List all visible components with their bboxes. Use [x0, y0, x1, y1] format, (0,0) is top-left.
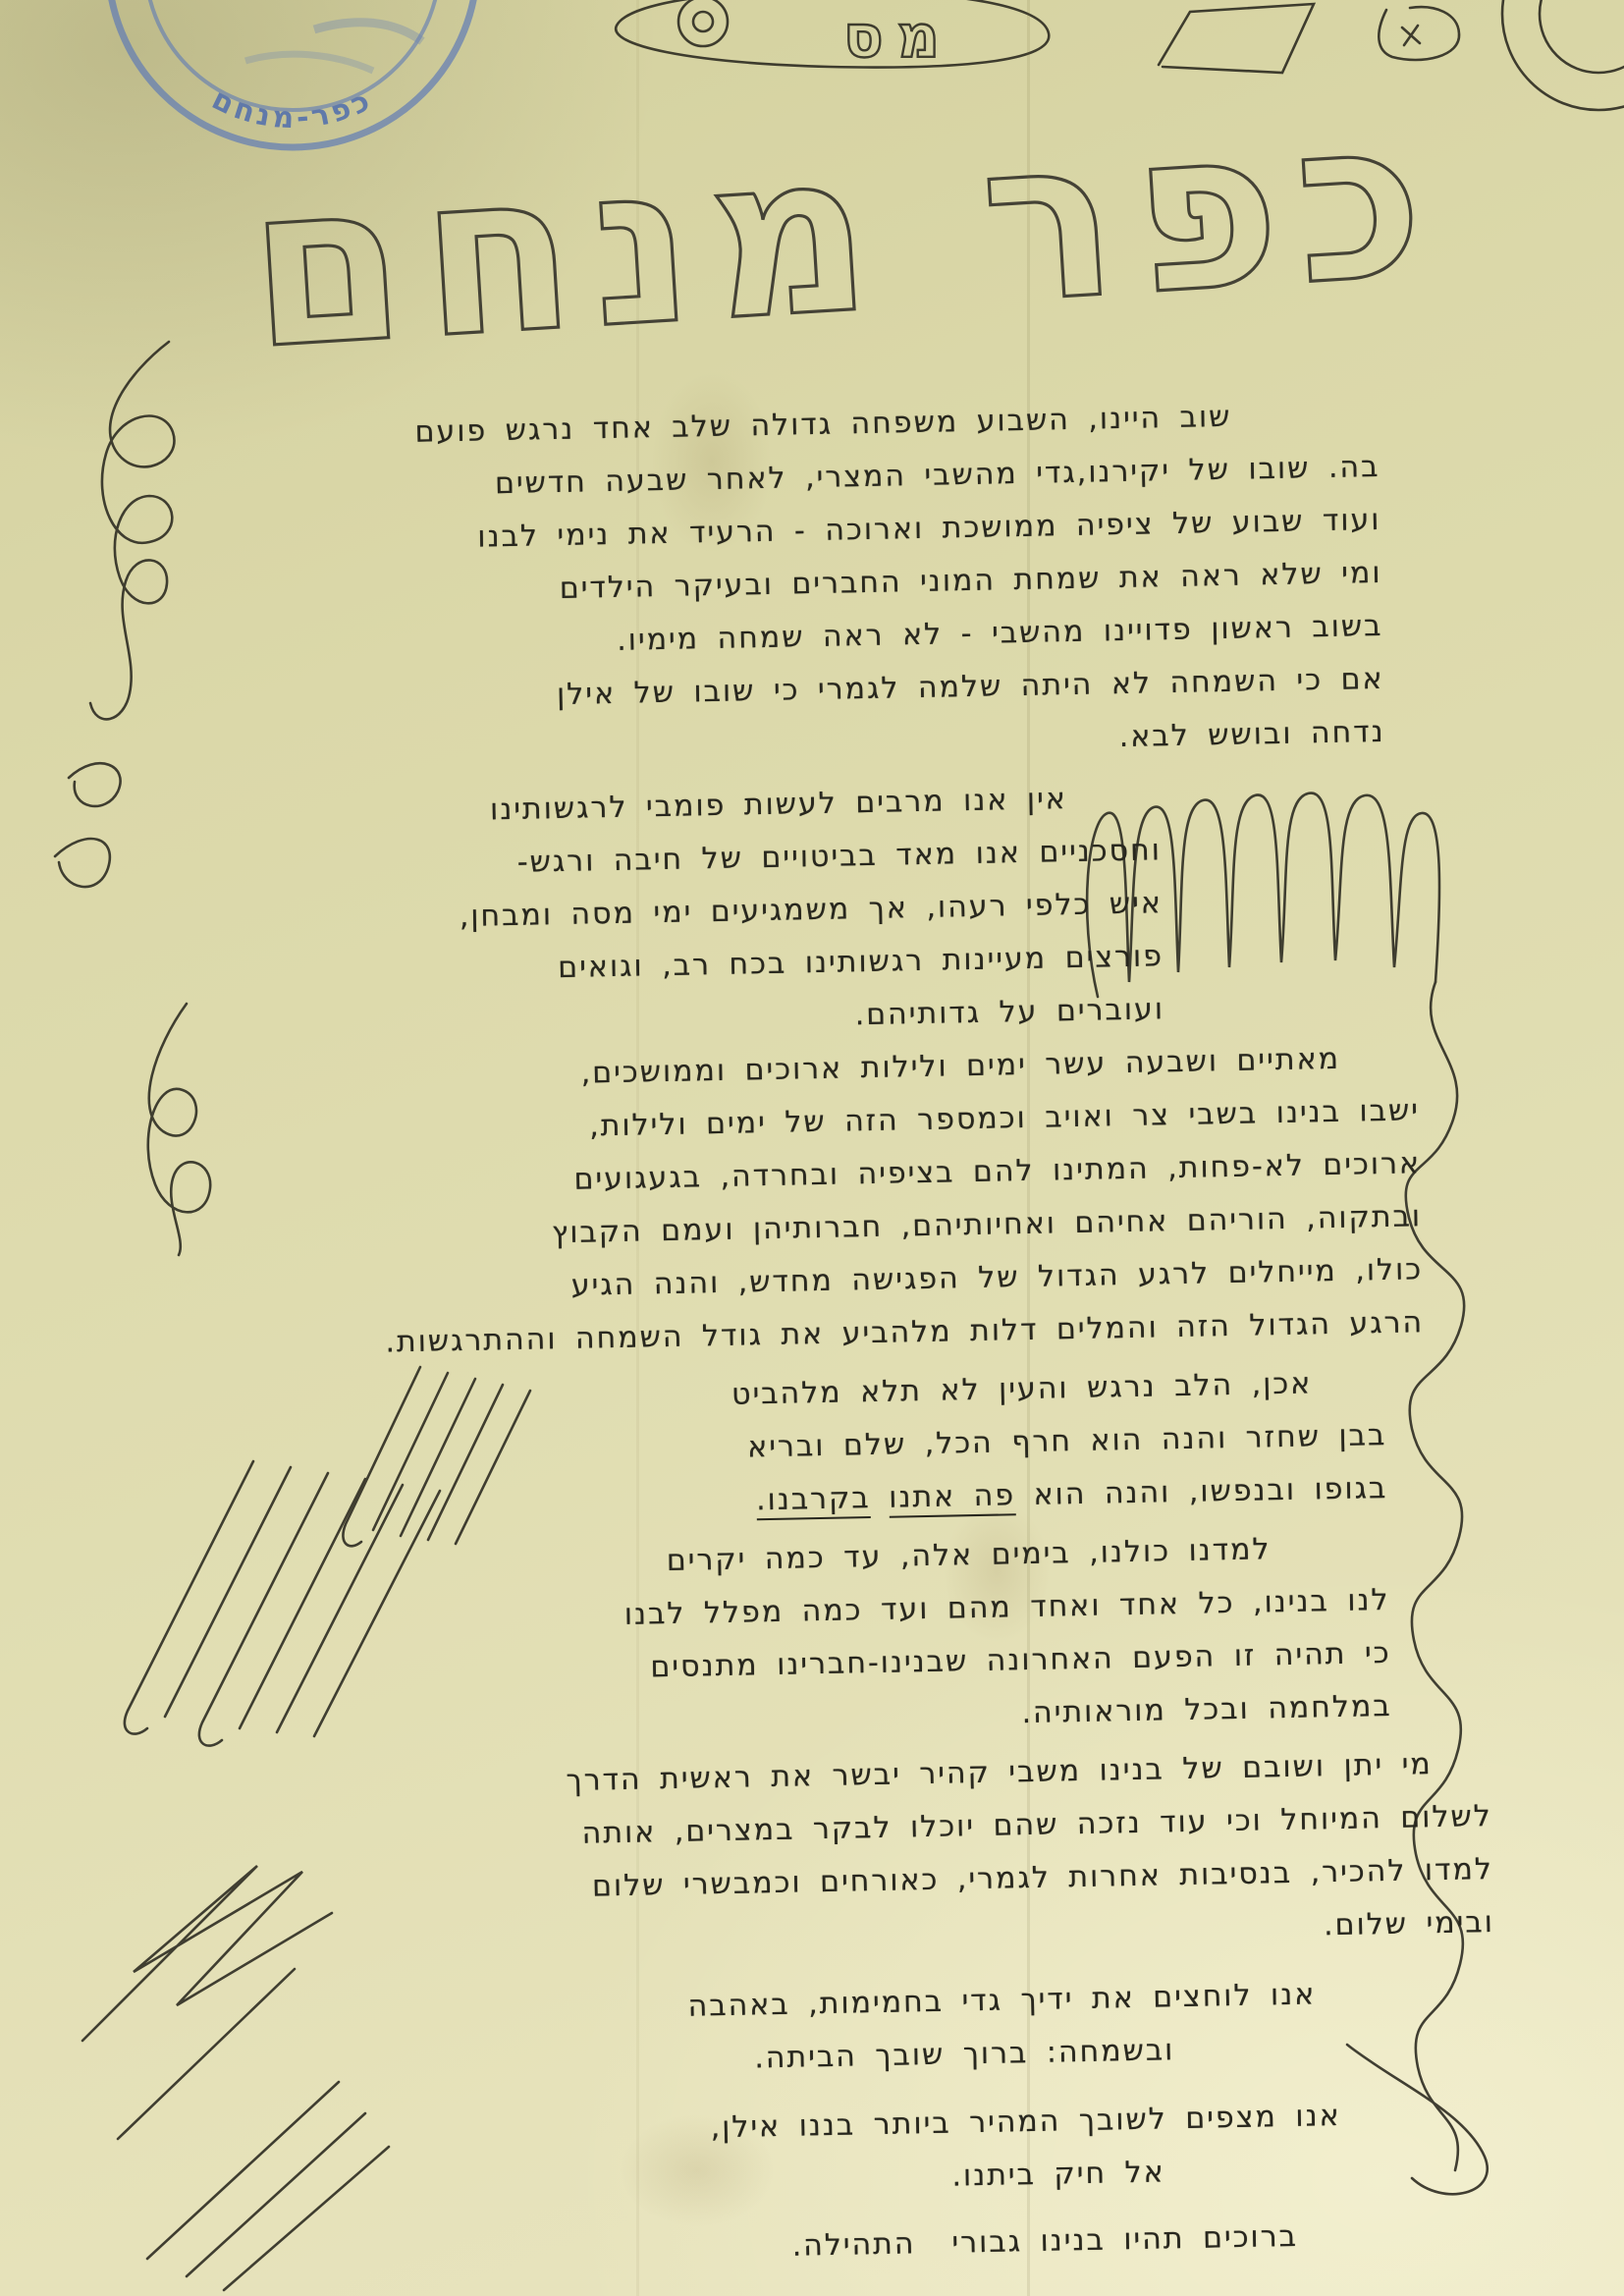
- stamp-text: כפר-מנחם: [206, 82, 379, 137]
- title-outline: כפר מנחם: [242, 68, 1447, 399]
- paragraph: אנו מצפים לשובך המהיר ביותר בננו אילן,אל…: [33, 2098, 1402, 2230]
- paragraph: מי יתן ושובם של בנינו משבי קהיר יבשר את …: [27, 1746, 1495, 1987]
- paragraph: אין אנו מרבים לעשות פומבי לרגשותינווחסכנ…: [8, 780, 1165, 1066]
- svg-text:כפר-מנחם: כפר-מנחם: [206, 82, 379, 137]
- paragraph: שוב היינו, השבוע משפחה גדולה שלב אחד נרג…: [0, 397, 1385, 794]
- number-doodle: מס: [616, 0, 1459, 73]
- paragraph: אנו לוחצים את ידיך גדי בחמימות, באהבהובש…: [30, 1977, 1318, 2107]
- paragraph: מאתיים ושבעה עשר ימים ולילות ארוכים וממו…: [13, 1040, 1425, 1385]
- parallelogram-doodle: [1159, 4, 1314, 73]
- text-line: ברוכים תהיו בנינו גבורי התהילה.: [35, 2219, 1299, 2296]
- paragraph: למדנו כולנו, בימים אלה, עד כמה יקריםלנו …: [22, 1530, 1392, 1769]
- small-box-doodle: [1379, 7, 1459, 60]
- small-circle-doodle: [678, 0, 728, 46]
- corner-circles-doodle: [1502, 0, 1624, 110]
- number-label-outline: מס: [843, 3, 953, 72]
- stamp: כפר-מנחם: [108, 0, 477, 147]
- document-page: כפר מנחם מס: [0, 0, 1624, 2296]
- paragraph: אכן, הלב נרגש והעין לא תלא מלהביטבבן שחז…: [19, 1365, 1388, 1551]
- closing-line: ברוכים תהיו בנינו גבורי התהילה.: [35, 2219, 1299, 2296]
- letter-body: שוב היינו, השבוע משפחה גדולה שלב אחד נרג…: [0, 392, 1624, 2296]
